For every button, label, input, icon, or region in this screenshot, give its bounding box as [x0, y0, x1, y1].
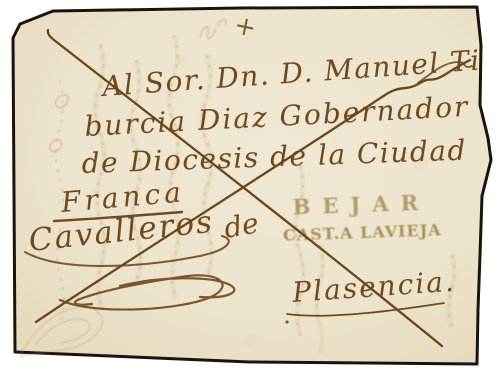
cover-photo: + Al Sor. Dn. D. Manuel Ti burcia Diaz G…: [0, 0, 500, 375]
connector-word: de: [221, 206, 261, 244]
postmark-line-1: BEJAR: [292, 190, 430, 220]
ink-speck: [285, 320, 288, 323]
cover-photo-canvas: + Al Sor. Dn. D. Manuel Ti burcia Diaz G…: [0, 0, 500, 375]
